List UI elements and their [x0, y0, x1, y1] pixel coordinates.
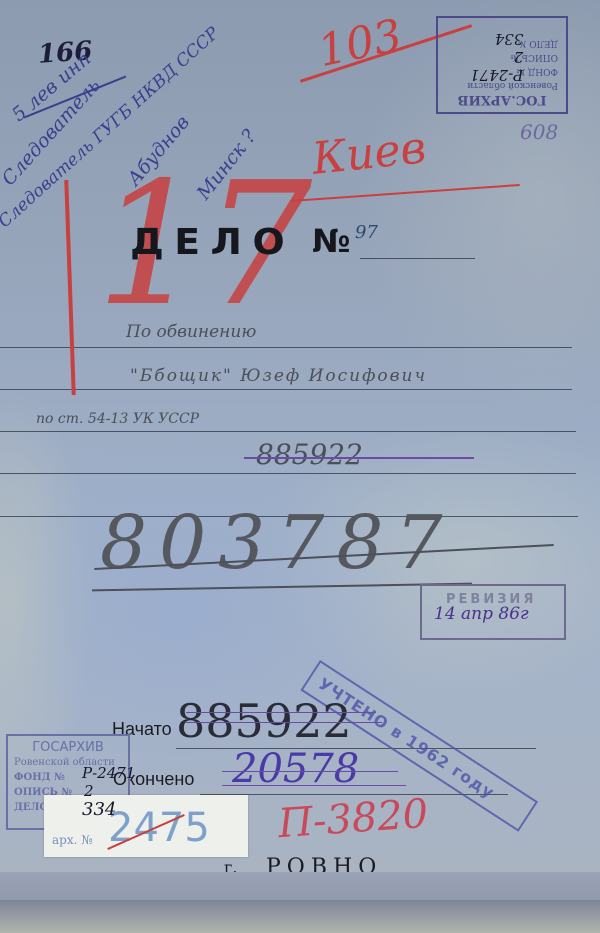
revision-stamp: РЕВИЗИЯ 14 апр 86г [420, 584, 566, 640]
title-delo: ДЕЛО [130, 222, 295, 263]
red-city-note: Киев [310, 122, 429, 185]
rule-line [0, 389, 572, 390]
stamp-opis-value: 2 [470, 48, 523, 66]
red-large-one [64, 180, 76, 395]
violet-strike [186, 712, 376, 713]
archive-label-card: арх. № 2475 [44, 795, 248, 857]
file-cover: 166 5 лев инп Следователь Следователь ГУ… [0, 0, 600, 933]
stamp-top-values: Р-2471 2 334 [470, 30, 523, 84]
red-bottom-code: П-3820 [277, 791, 430, 847]
case-number: 97 [355, 222, 378, 243]
charge-line-2: "Ббощик" Юзеф Иосифович [130, 366, 427, 386]
large-crossed-number: 803787 [100, 500, 455, 586]
rule-line [0, 473, 576, 474]
red-underline [290, 184, 520, 202]
red-crossed-number: 103 [314, 10, 407, 77]
charge-line-3: по ст. 54-13 УК УССР [36, 411, 199, 427]
stamp-org: ГОСАРХИВ [14, 740, 122, 755]
archive-prefix: арх. № [52, 833, 93, 847]
rule-line [360, 258, 475, 259]
folded-flap [0, 900, 600, 933]
revision-date: 14 апр 86г [434, 604, 529, 624]
stamp-fond-value: Р-2471 [470, 66, 523, 84]
bottom-stamp-fond-value: Р-2471 [82, 764, 135, 782]
side-number: 608 [520, 120, 558, 144]
bottom-stamp-delo-value: 334 [82, 799, 116, 820]
violet-strike [186, 722, 382, 723]
crossed-number: 885922 [256, 438, 363, 471]
archive-number: 2475 [108, 805, 210, 851]
violet-strike [222, 771, 398, 772]
rule-line [0, 431, 576, 432]
number-sign: № [312, 222, 351, 260]
rule-line [0, 347, 572, 348]
violet-strike [222, 785, 406, 786]
bottom-stamp-opis-value: 2 [84, 782, 94, 800]
started-value: 885922 [176, 694, 352, 748]
stamp-org: ГОС.АРХИВ [446, 92, 558, 106]
charge-line-1: По обвинению [126, 322, 256, 342]
stamp-delo-value: 334 [470, 30, 523, 48]
violet-strike [244, 457, 474, 459]
